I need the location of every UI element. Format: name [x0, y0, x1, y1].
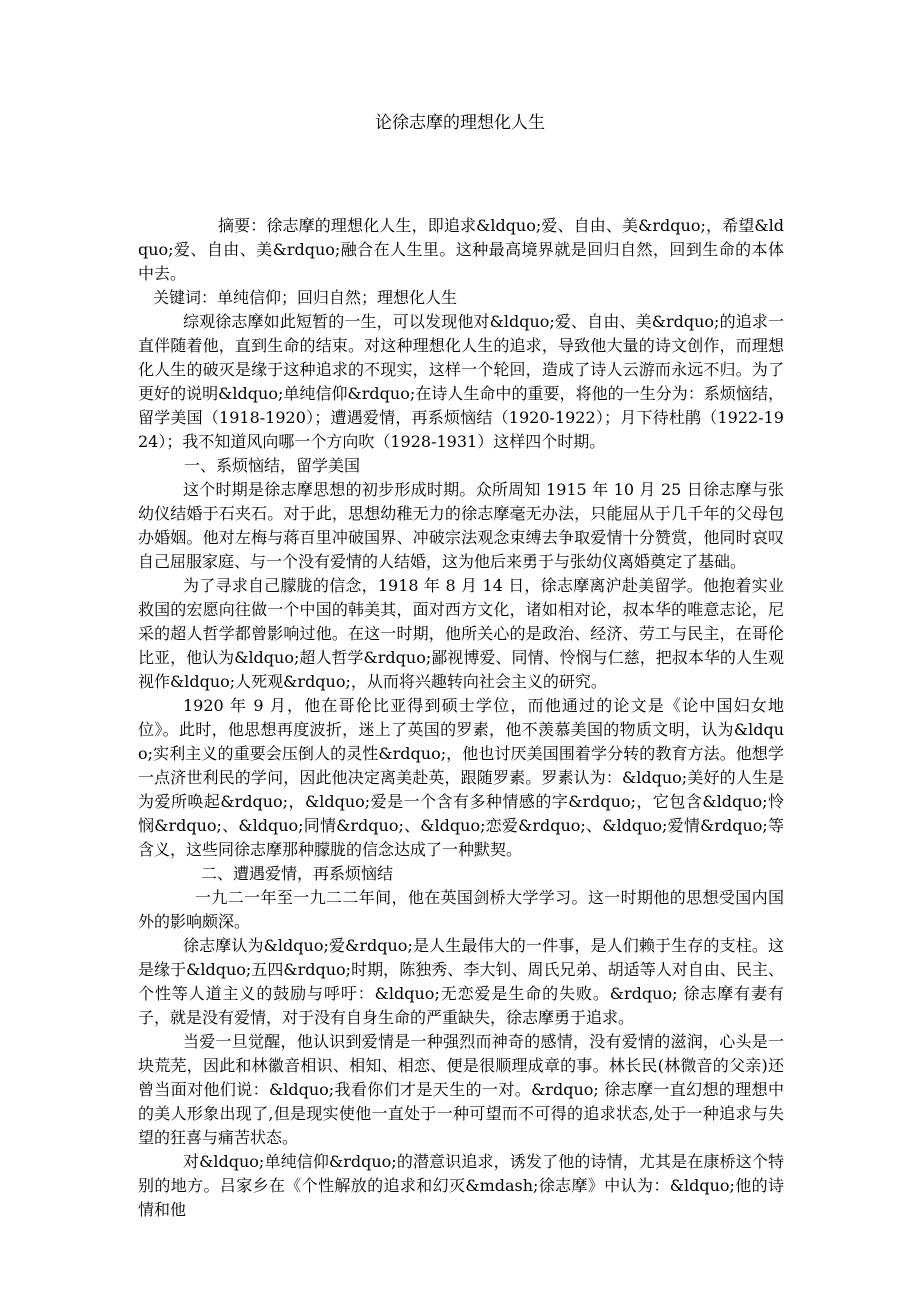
- paragraph-section-2-p4: 对&ldquo;单纯信仰&rdquo;的潜意识追求，诱发了他的诗情，尤其是在康桥…: [138, 1150, 784, 1222]
- paragraph-section-1-p3: 1920 年 9 月，他在哥伦比亚得到硕士学位，而他通过的论文是《论中国妇女地位…: [138, 694, 784, 862]
- paragraph-keywords: 关键词：单纯信仰；回归自然；理想化人生: [138, 286, 784, 310]
- document-page: 论徐志摩的理想化人生 摘要：徐志摩的理想化人生，即追求&ldquo;爱、自由、美…: [0, 0, 920, 1302]
- paragraph-section-2-p2: 徐志摩认为&ldquo;爱&rdquo;是人生最伟大的一件事，是人们赖于生存的支…: [138, 934, 784, 1030]
- paragraph-section-2-p3: 当爱一旦觉醒，他认识到爱情是一种强烈而神奇的感情，没有爱情的滋润，心头是一块荒芜…: [138, 1030, 784, 1150]
- paragraph-section-1-p2: 为了寻求自己朦胧的信念，1918 年 8 月 14 日，徐志摩离沪赴美留学。他抱…: [138, 574, 784, 694]
- paragraph-abstract: 摘要：徐志摩的理想化人生，即追求&ldquo;爱、自由、美&rdquo;，希望&…: [138, 214, 784, 286]
- paragraph-section-1-heading: 一、系烦恼结，留学美国: [138, 454, 784, 478]
- paragraph-section-2-p1: 一九二一年至一九二二年间，他在英国剑桥大学学习。这一时期他的思想受国内国外的影响…: [138, 886, 784, 934]
- paragraph-section-1-p1: 这个时期是徐志摩思想的初步形成时期。众所周知 1915 年 10 月 25 日徐…: [138, 478, 784, 574]
- paragraph-intro: 综观徐志摩如此短暂的一生，可以发现他对&ldquo;爱、自由、美&rdquo;的…: [138, 310, 784, 454]
- paragraph-section-2-heading: 二、遭遇爱情，再系烦恼结: [138, 862, 784, 886]
- document-body: 摘要：徐志摩的理想化人生，即追求&ldquo;爱、自由、美&rdquo;，希望&…: [138, 214, 784, 1222]
- document-title: 论徐志摩的理想化人生: [0, 111, 920, 135]
